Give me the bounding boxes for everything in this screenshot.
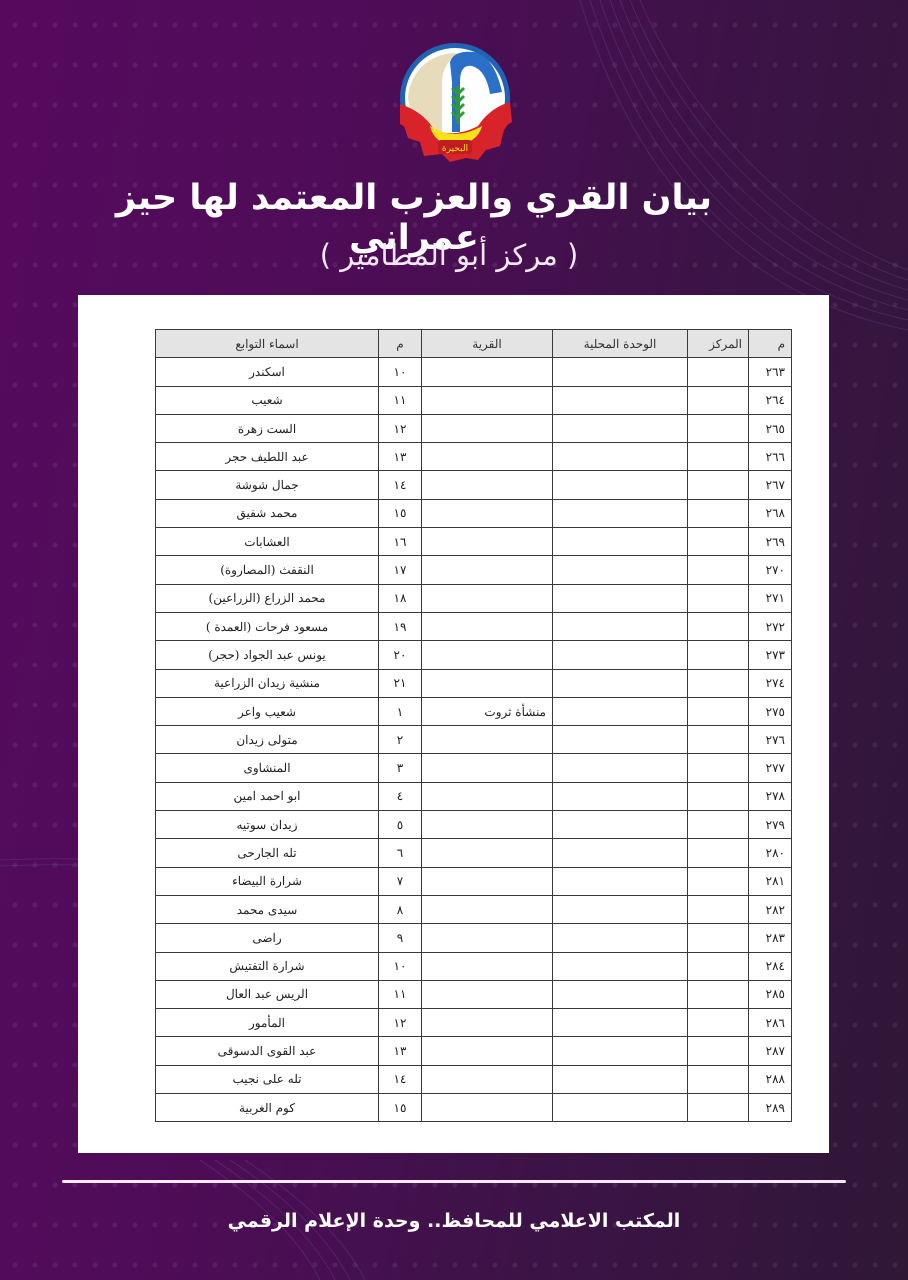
row-number: ٢٨٥ (749, 980, 792, 1008)
center-cell (688, 697, 749, 725)
village-cell (422, 980, 553, 1008)
svg-text:البحيرة: البحيرة (442, 144, 468, 154)
hamlet-name-cell: النقفث (المصاروة) (156, 556, 379, 584)
hamlet-name-cell: اسكندر (156, 358, 379, 386)
hamlet-name-cell: المأمور (156, 1009, 379, 1037)
local-unit-cell (553, 443, 688, 471)
local-unit-cell (553, 386, 688, 414)
table-row: ٢٧٦٢متولى زيدان (156, 726, 792, 754)
center-cell (688, 811, 749, 839)
row-number: ٢٧٧ (749, 754, 792, 782)
table-row: ٢٨٥١١الريس عبد العال (156, 980, 792, 1008)
table-row: ٢٧٩٥زيدان سوتيه (156, 811, 792, 839)
hamlet-name-cell: راضى (156, 924, 379, 952)
center-cell (688, 358, 749, 386)
table-row: ٢٧٧٣المنشاوى (156, 754, 792, 782)
hamlet-name-cell: شرارة التفتيش (156, 952, 379, 980)
local-unit-cell (553, 895, 688, 923)
local-unit-cell (553, 669, 688, 697)
sub-number-cell: ١٣ (379, 1037, 422, 1065)
row-number: ٢٧٨ (749, 782, 792, 810)
hamlet-name-cell: متولى زيدان (156, 726, 379, 754)
local-unit-cell (553, 584, 688, 612)
column-header-center: المركز (688, 330, 749, 358)
table-row: ٢٨٧١٣عبد القوى الدسوقى (156, 1037, 792, 1065)
hamlet-name-cell: عبد القوى الدسوقى (156, 1037, 379, 1065)
hamlet-name-cell: محمد شفيق (156, 499, 379, 527)
hamlet-name-cell: مسعود فرحات (العمدة ) (156, 612, 379, 640)
center-cell (688, 528, 749, 556)
hamlet-name-cell: محمد الزراع (الزراعين) (156, 584, 379, 612)
table-row: ٢٦٥١٢الست زهرة (156, 414, 792, 442)
sub-number-cell: ١٤ (379, 1065, 422, 1093)
local-unit-cell (553, 1065, 688, 1093)
local-unit-cell (553, 414, 688, 442)
village-cell (422, 499, 553, 527)
row-number: ٢٧٠ (749, 556, 792, 584)
local-unit-cell (553, 1009, 688, 1037)
table-row: ٢٦٤١١شعيب (156, 386, 792, 414)
center-cell (688, 754, 749, 782)
local-unit-cell (553, 641, 688, 669)
row-number: ٢٧٤ (749, 669, 792, 697)
village-cell (422, 1009, 553, 1037)
center-cell (688, 471, 749, 499)
table-row: ٢٧٥منشأة ثروت١شعيب واعر (156, 697, 792, 725)
local-unit-cell (553, 499, 688, 527)
sub-number-cell: ١٣ (379, 443, 422, 471)
local-unit-cell (553, 754, 688, 782)
hamlet-name-cell: شرارة البيضاء (156, 867, 379, 895)
village-cell (422, 867, 553, 895)
hamlet-name-cell: ابو احمد امين (156, 782, 379, 810)
sub-number-cell: ٨ (379, 895, 422, 923)
sub-number-cell: ١٤ (379, 471, 422, 499)
sub-number-cell: ٣ (379, 754, 422, 782)
local-unit-cell (553, 697, 688, 725)
local-unit-cell (553, 782, 688, 810)
table-row: ٢٨٨١٤تله على نجيب (156, 1065, 792, 1093)
row-number: ٢٧٦ (749, 726, 792, 754)
center-cell (688, 612, 749, 640)
table-row: ٢٨٤١٠شرارة التفتيش (156, 952, 792, 980)
column-header-sub-number: م (379, 330, 422, 358)
footer-credit: المكتب الاعلامي للمحافظ.. وحدة الإعلام ا… (0, 1210, 908, 1232)
village-cell (422, 754, 553, 782)
table-header-row: م المركز الوحدة المحلية القرية م اسماء ا… (156, 330, 792, 358)
village-cell (422, 1094, 553, 1122)
sub-number-cell: ١٨ (379, 584, 422, 612)
village-cell (422, 952, 553, 980)
sub-number-cell: ١٠ (379, 358, 422, 386)
center-cell (688, 726, 749, 754)
local-unit-cell (553, 1037, 688, 1065)
hamlet-name-cell: العشابات (156, 528, 379, 556)
row-number: ٢٧١ (749, 584, 792, 612)
village-cell (422, 924, 553, 952)
row-number: ٢٨٤ (749, 952, 792, 980)
table-row: ٢٨١٧شرارة البيضاء (156, 867, 792, 895)
sub-number-cell: ٢١ (379, 669, 422, 697)
village-cell (422, 1037, 553, 1065)
center-cell (688, 1065, 749, 1093)
hamlet-name-cell: تله على نجيب (156, 1065, 379, 1093)
sub-number-cell: ١١ (379, 980, 422, 1008)
beheira-emblem-icon: البحيرة (394, 42, 516, 162)
row-number: ٢٧٢ (749, 612, 792, 640)
village-cell (422, 556, 553, 584)
local-unit-cell (553, 1094, 688, 1122)
center-cell (688, 1037, 749, 1065)
hamlet-name-cell: تله الجارحى (156, 839, 379, 867)
sub-number-cell: ١٥ (379, 1094, 422, 1122)
row-number: ٢٨١ (749, 867, 792, 895)
row-number: ٢٨٦ (749, 1009, 792, 1037)
hamlet-name-cell: الست زهرة (156, 414, 379, 442)
center-cell (688, 1094, 749, 1122)
table-row: ٢٨٣٩راضى (156, 924, 792, 952)
center-cell (688, 839, 749, 867)
row-number: ٢٦٧ (749, 471, 792, 499)
village-cell (422, 414, 553, 442)
hamlet-name-cell: زيدان سوتيه (156, 811, 379, 839)
table-row: ٢٧٠١٧النقفث (المصاروة) (156, 556, 792, 584)
village-cell (422, 443, 553, 471)
table-row: ٢٦٨١٥محمد شفيق (156, 499, 792, 527)
row-number: ٢٦٣ (749, 358, 792, 386)
sub-number-cell: ٩ (379, 924, 422, 952)
column-header-hamlet-names: اسماء التوابع (156, 330, 379, 358)
village-cell (422, 584, 553, 612)
footer-divider (62, 1180, 846, 1183)
center-cell (688, 867, 749, 895)
row-number: ٢٨٩ (749, 1094, 792, 1122)
column-header-local-unit: الوحدة المحلية (553, 330, 688, 358)
sub-number-cell: ١٦ (379, 528, 422, 556)
sub-number-cell: ١٠ (379, 952, 422, 980)
sub-number-cell: ١٧ (379, 556, 422, 584)
row-number: ٢٦٤ (749, 386, 792, 414)
sub-number-cell: ٥ (379, 811, 422, 839)
center-cell (688, 952, 749, 980)
table-row: ٢٦٩١٦العشابات (156, 528, 792, 556)
center-cell (688, 980, 749, 1008)
center-cell (688, 584, 749, 612)
row-number: ٢٨٣ (749, 924, 792, 952)
local-unit-cell (553, 612, 688, 640)
village-cell (422, 895, 553, 923)
local-unit-cell (553, 726, 688, 754)
local-unit-cell (553, 980, 688, 1008)
document-sheet: م المركز الوحدة المحلية القرية م اسماء ا… (78, 295, 829, 1153)
row-number: ٢٨٧ (749, 1037, 792, 1065)
village-cell: منشأة ثروت (422, 697, 553, 725)
sub-number-cell: ١٢ (379, 1009, 422, 1037)
village-cell (422, 782, 553, 810)
governorate-logo: البحيرة (394, 42, 516, 162)
table-row: ٢٨٢٨سيدى محمد (156, 895, 792, 923)
center-cell (688, 924, 749, 952)
row-number: ٢٨٨ (749, 1065, 792, 1093)
hamlet-name-cell: المنشاوى (156, 754, 379, 782)
hamlet-name-cell: شعيب (156, 386, 379, 414)
center-cell (688, 641, 749, 669)
center-cell (688, 556, 749, 584)
sub-number-cell: ٦ (379, 839, 422, 867)
sub-number-cell: ١ (379, 697, 422, 725)
table-row: ٢٨٠٦تله الجارحى (156, 839, 792, 867)
row-number: ٢٨٠ (749, 839, 792, 867)
hamlet-name-cell: منشية زيدان الزراعية (156, 669, 379, 697)
center-cell (688, 895, 749, 923)
sub-number-cell: ١٥ (379, 499, 422, 527)
table-row: ٢٦٦١٣عبد اللطيف حجر (156, 443, 792, 471)
village-cell (422, 839, 553, 867)
sub-number-cell: ١٩ (379, 612, 422, 640)
table-row: ٢٧٢١٩مسعود فرحات (العمدة ) (156, 612, 792, 640)
hamlet-name-cell: الريس عبد العال (156, 980, 379, 1008)
column-header-number: م (749, 330, 792, 358)
table-row: ٢٦٧١٤جمال شوشة (156, 471, 792, 499)
local-unit-cell (553, 471, 688, 499)
hamlet-name-cell: سيدى محمد (156, 895, 379, 923)
local-unit-cell (553, 867, 688, 895)
hamlet-name-cell: عبد اللطيف حجر (156, 443, 379, 471)
hamlet-name-cell: كوم الغربية (156, 1094, 379, 1122)
row-number: ٢٦٥ (749, 414, 792, 442)
table-row: ٢٧٤٢١منشية زيدان الزراعية (156, 669, 792, 697)
local-unit-cell (553, 358, 688, 386)
sub-number-cell: ٢٠ (379, 641, 422, 669)
village-cell (422, 669, 553, 697)
village-cell (422, 386, 553, 414)
row-number: ٢٦٨ (749, 499, 792, 527)
table-row: ٢٦٣١٠اسكندر (156, 358, 792, 386)
table-row: ٢٨٩١٥كوم الغربية (156, 1094, 792, 1122)
page-subtitle: ( مركز أبو المطامير ) (0, 238, 908, 272)
local-unit-cell (553, 839, 688, 867)
row-number: ٢٧٣ (749, 641, 792, 669)
table-row: ٢٧٨٤ابو احمد امين (156, 782, 792, 810)
village-cell (422, 471, 553, 499)
local-unit-cell (553, 528, 688, 556)
village-cell (422, 641, 553, 669)
center-cell (688, 386, 749, 414)
village-cell (422, 358, 553, 386)
village-cell (422, 811, 553, 839)
center-cell (688, 499, 749, 527)
center-cell (688, 782, 749, 810)
hamlet-name-cell: شعيب واعر (156, 697, 379, 725)
sub-number-cell: ٧ (379, 867, 422, 895)
sub-number-cell: ١١ (379, 386, 422, 414)
table-row: ٢٧١١٨محمد الزراع (الزراعين) (156, 584, 792, 612)
local-unit-cell (553, 556, 688, 584)
row-number: ٢٧٩ (749, 811, 792, 839)
village-cell (422, 1065, 553, 1093)
sub-number-cell: ١٢ (379, 414, 422, 442)
center-cell (688, 414, 749, 442)
row-number: ٢٦٩ (749, 528, 792, 556)
sub-number-cell: ٤ (379, 782, 422, 810)
table-row: ٢٨٦١٢المأمور (156, 1009, 792, 1037)
column-header-village: القرية (422, 330, 553, 358)
villages-table: م المركز الوحدة المحلية القرية م اسماء ا… (155, 329, 792, 1122)
hamlet-name-cell: جمال شوشة (156, 471, 379, 499)
village-cell (422, 726, 553, 754)
center-cell (688, 1009, 749, 1037)
table-row: ٢٧٣٢٠يونس عبد الجواد (حجر) (156, 641, 792, 669)
row-number: ٢٨٢ (749, 895, 792, 923)
local-unit-cell (553, 924, 688, 952)
center-cell (688, 669, 749, 697)
row-number: ٢٦٦ (749, 443, 792, 471)
center-cell (688, 443, 749, 471)
hamlet-name-cell: يونس عبد الجواد (حجر) (156, 641, 379, 669)
local-unit-cell (553, 811, 688, 839)
sub-number-cell: ٢ (379, 726, 422, 754)
row-number: ٢٧٥ (749, 697, 792, 725)
village-cell (422, 528, 553, 556)
village-cell (422, 612, 553, 640)
local-unit-cell (553, 952, 688, 980)
